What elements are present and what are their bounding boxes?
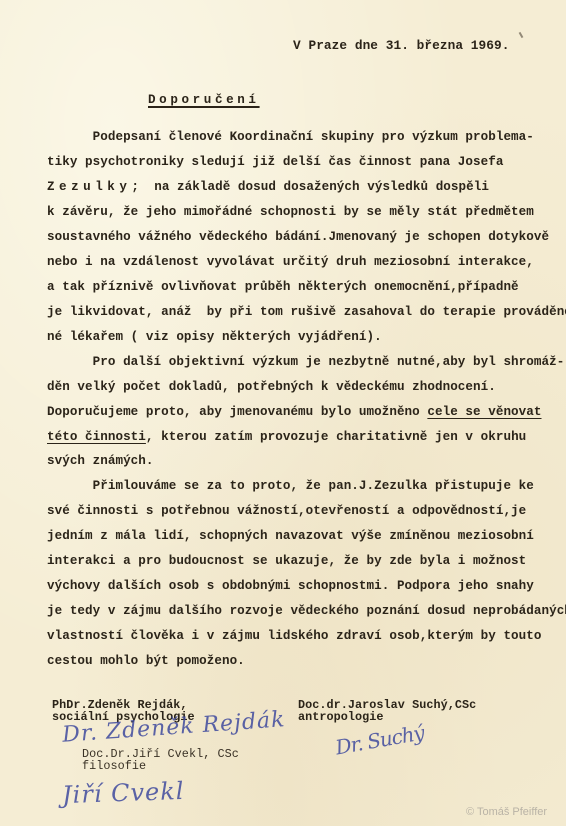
copyright-watermark: © Tomáš Pfeiffer — [466, 806, 547, 818]
paragraph-1-line-3-rest: ; na základě dosud dosažených výsledků d… — [131, 180, 489, 194]
paragraph-1-line-4: k závěru, že jeho mimořádné schopnosti b… — [47, 206, 534, 219]
paragraph-1-line-2: tiky psychotroniky sledují již delší čas… — [47, 156, 503, 169]
paragraph-1-line-6: nebo i na vzdálenost vyvolávat určitý dr… — [47, 256, 534, 269]
paragraph-3-line-4: interakci a pro budoucnost se ukazuje, ž… — [47, 555, 526, 568]
paragraph-3-line-2: své činnosti s potřebnou vážností,otevře… — [47, 505, 526, 518]
paragraph-1-line-7: a tak příznivě ovlivňovat průběh některý… — [47, 281, 519, 294]
underlined-phrase-1: cele se věnovat — [427, 405, 541, 419]
signatory-3-field: filosofie — [82, 761, 146, 773]
paragraph-2-line-3-text: Doporučujeme proto, aby jmenovanému bylo… — [47, 405, 427, 419]
date-line: V Praze dne 31. března 1969. — [293, 40, 509, 53]
paragraph-3-line-8: cestou mohlo být pomoženo. — [47, 655, 245, 668]
paragraph-3-line-7: vlastností člověka i v zájmu lidského zd… — [47, 630, 542, 643]
paragraph-1-line-3: Zezulky; na základě dosud dosažených výs… — [47, 181, 489, 194]
paragraph-3-line-5: výchovy dalších osob s obdobnými schopno… — [47, 580, 534, 593]
signature-cvekl: Jiří Cvekl — [62, 777, 185, 809]
paragraph-3-line-1: Přimlouváme se za to proto, že pan.J.Zez… — [47, 480, 534, 493]
paragraph-2-line-4-rest: , kterou zatím provozuje charitativně je… — [146, 430, 526, 444]
signatory-2-field: antropologie — [298, 712, 384, 724]
underlined-phrase-2: této činnosti — [47, 430, 146, 444]
paragraph-1-line-8: je likvidovat, anáž by při tom rušivě za… — [47, 306, 566, 319]
paragraph-2-line-3: Doporučujeme proto, aby jmenovanému bylo… — [47, 406, 542, 419]
paragraph-1-line-9: né lékařem ( viz opisy některých vyjádře… — [47, 331, 382, 344]
paragraph-1-line-1: Podepsaní členové Koordinační skupiny pr… — [47, 131, 534, 144]
paragraph-1-line-5: soustavného vážného vědeckého bádání.Jme… — [47, 231, 549, 244]
document-title: Doporučení — [148, 94, 260, 107]
paragraph-2-line-2: děn velký počet dokladů, potřebných k vě… — [47, 381, 496, 394]
paragraph-3-line-6: je tedy v zájmu dalšího rozvoje vědeckéh… — [47, 605, 566, 618]
paragraph-2-line-5: svých známých. — [47, 455, 154, 468]
paragraph-2-line-1: Pro další objektivní výzkum je nezbytně … — [47, 356, 564, 369]
name-zezulky: Zezulky — [47, 180, 131, 194]
paragraph-3-line-3: jedním z mála lidí, schopných navazovat … — [47, 530, 534, 543]
paragraph-2-line-4: této činnosti, kterou zatím provozuje ch… — [47, 431, 526, 444]
